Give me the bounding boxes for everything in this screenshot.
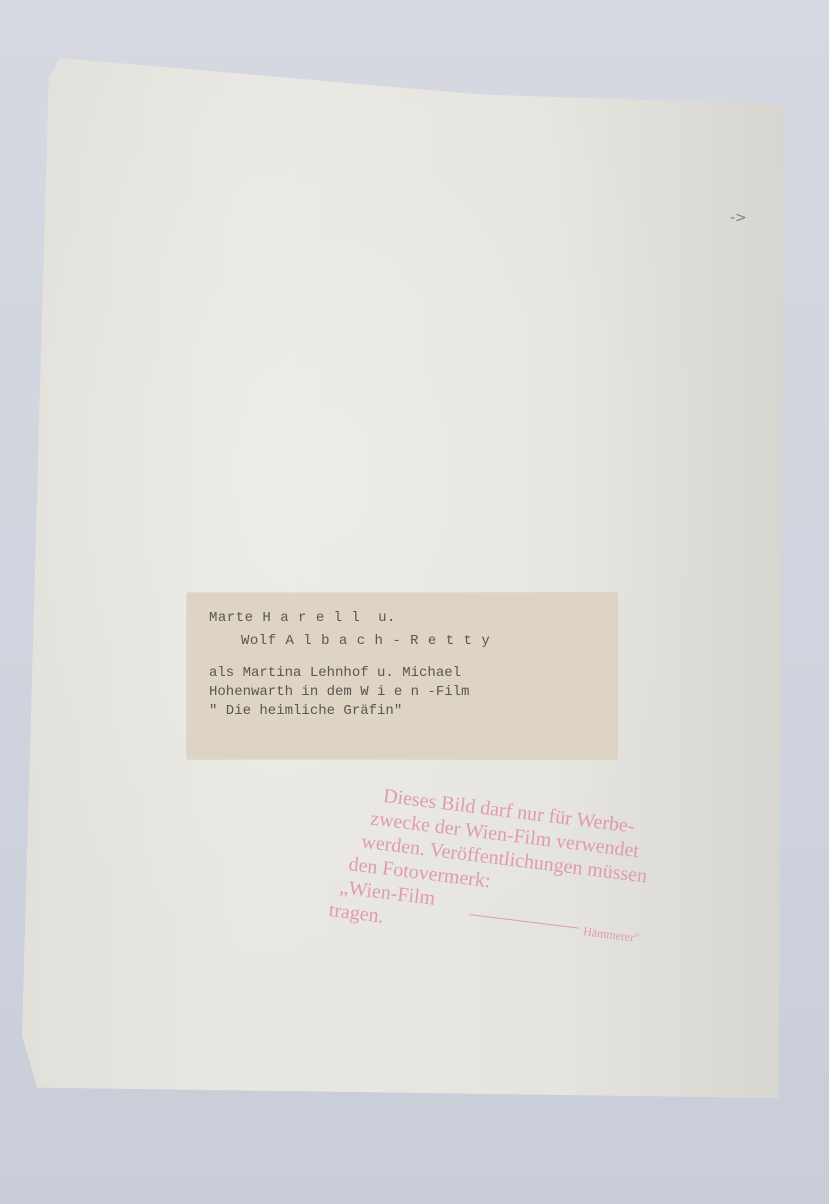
caption-line: " Die heimliche Gräfin" bbox=[209, 703, 402, 720]
stamp-signature: Hämmerer" bbox=[582, 920, 641, 950]
typed-caption-label: Marte H a r e l l u. Wolf A l b a c h - … bbox=[187, 593, 617, 759]
caption-line: als Martina Lehnhof u. Michael bbox=[209, 665, 461, 682]
caption-line: Wolf A l b a c h - R e t t y bbox=[241, 633, 490, 650]
caption-line: Marte H a r e l l u. bbox=[209, 610, 396, 627]
caption-line: Hohenwarth in dem W i e n -Film bbox=[209, 684, 469, 701]
signature-line bbox=[469, 914, 578, 928]
pencil-mark: -> bbox=[730, 210, 747, 226]
